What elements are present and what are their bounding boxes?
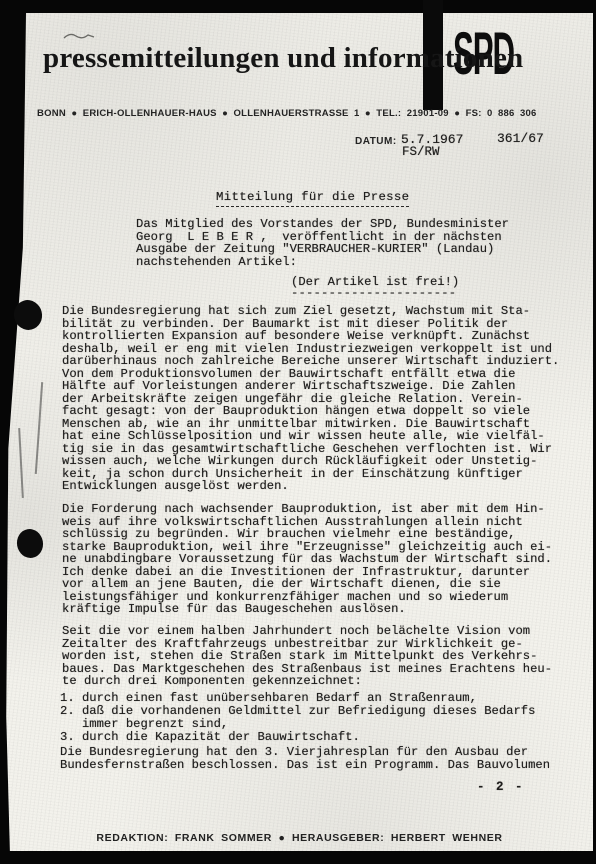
scanned-press-release: { "page": { "masthead_title": "pressemit…: [0, 0, 596, 864]
address-line: BONN ● ERICH-OLLENHAUER-HAUS ● OLLENHAUE…: [37, 108, 537, 119]
body-paragraph-2: Die Forderung nach wachsender Bauprodukt…: [62, 503, 552, 616]
article-free-underline: ----------------------: [291, 286, 456, 300]
datum-reference-number: 361/67: [497, 131, 544, 146]
datum-label: DATUM:: [355, 136, 397, 147]
numbered-list: 1. durch einen fast unübersehbaren Bedar…: [60, 692, 535, 744]
masthead-title: pressemitteilungen und informationen: [43, 42, 523, 75]
scan-border-bottom: [0, 851, 596, 864]
datum-initials: FS/RW: [402, 145, 440, 159]
scan-border-top: [0, 0, 596, 13]
footer-credits: REDAKTION: FRANK SOMMER ● HERAUSGEBER: H…: [6, 832, 593, 844]
intro-paragraph: Das Mitglied des Vorstandes der SPD, Bun…: [136, 218, 509, 268]
body-paragraph-3: Seit die vor einem halben Jahrhundert no…: [62, 625, 552, 688]
body-paragraph-1: Die Bundesregierung hat sich zum Ziel ge…: [62, 305, 559, 493]
document-heading: Mitteilung für die Presse: [216, 190, 409, 207]
pencil-mark: [62, 30, 96, 42]
body-paragraph-4: Die Bundesregierung hat den 3. Vierjahre…: [60, 746, 550, 771]
page-number: - 2 -: [477, 780, 525, 794]
